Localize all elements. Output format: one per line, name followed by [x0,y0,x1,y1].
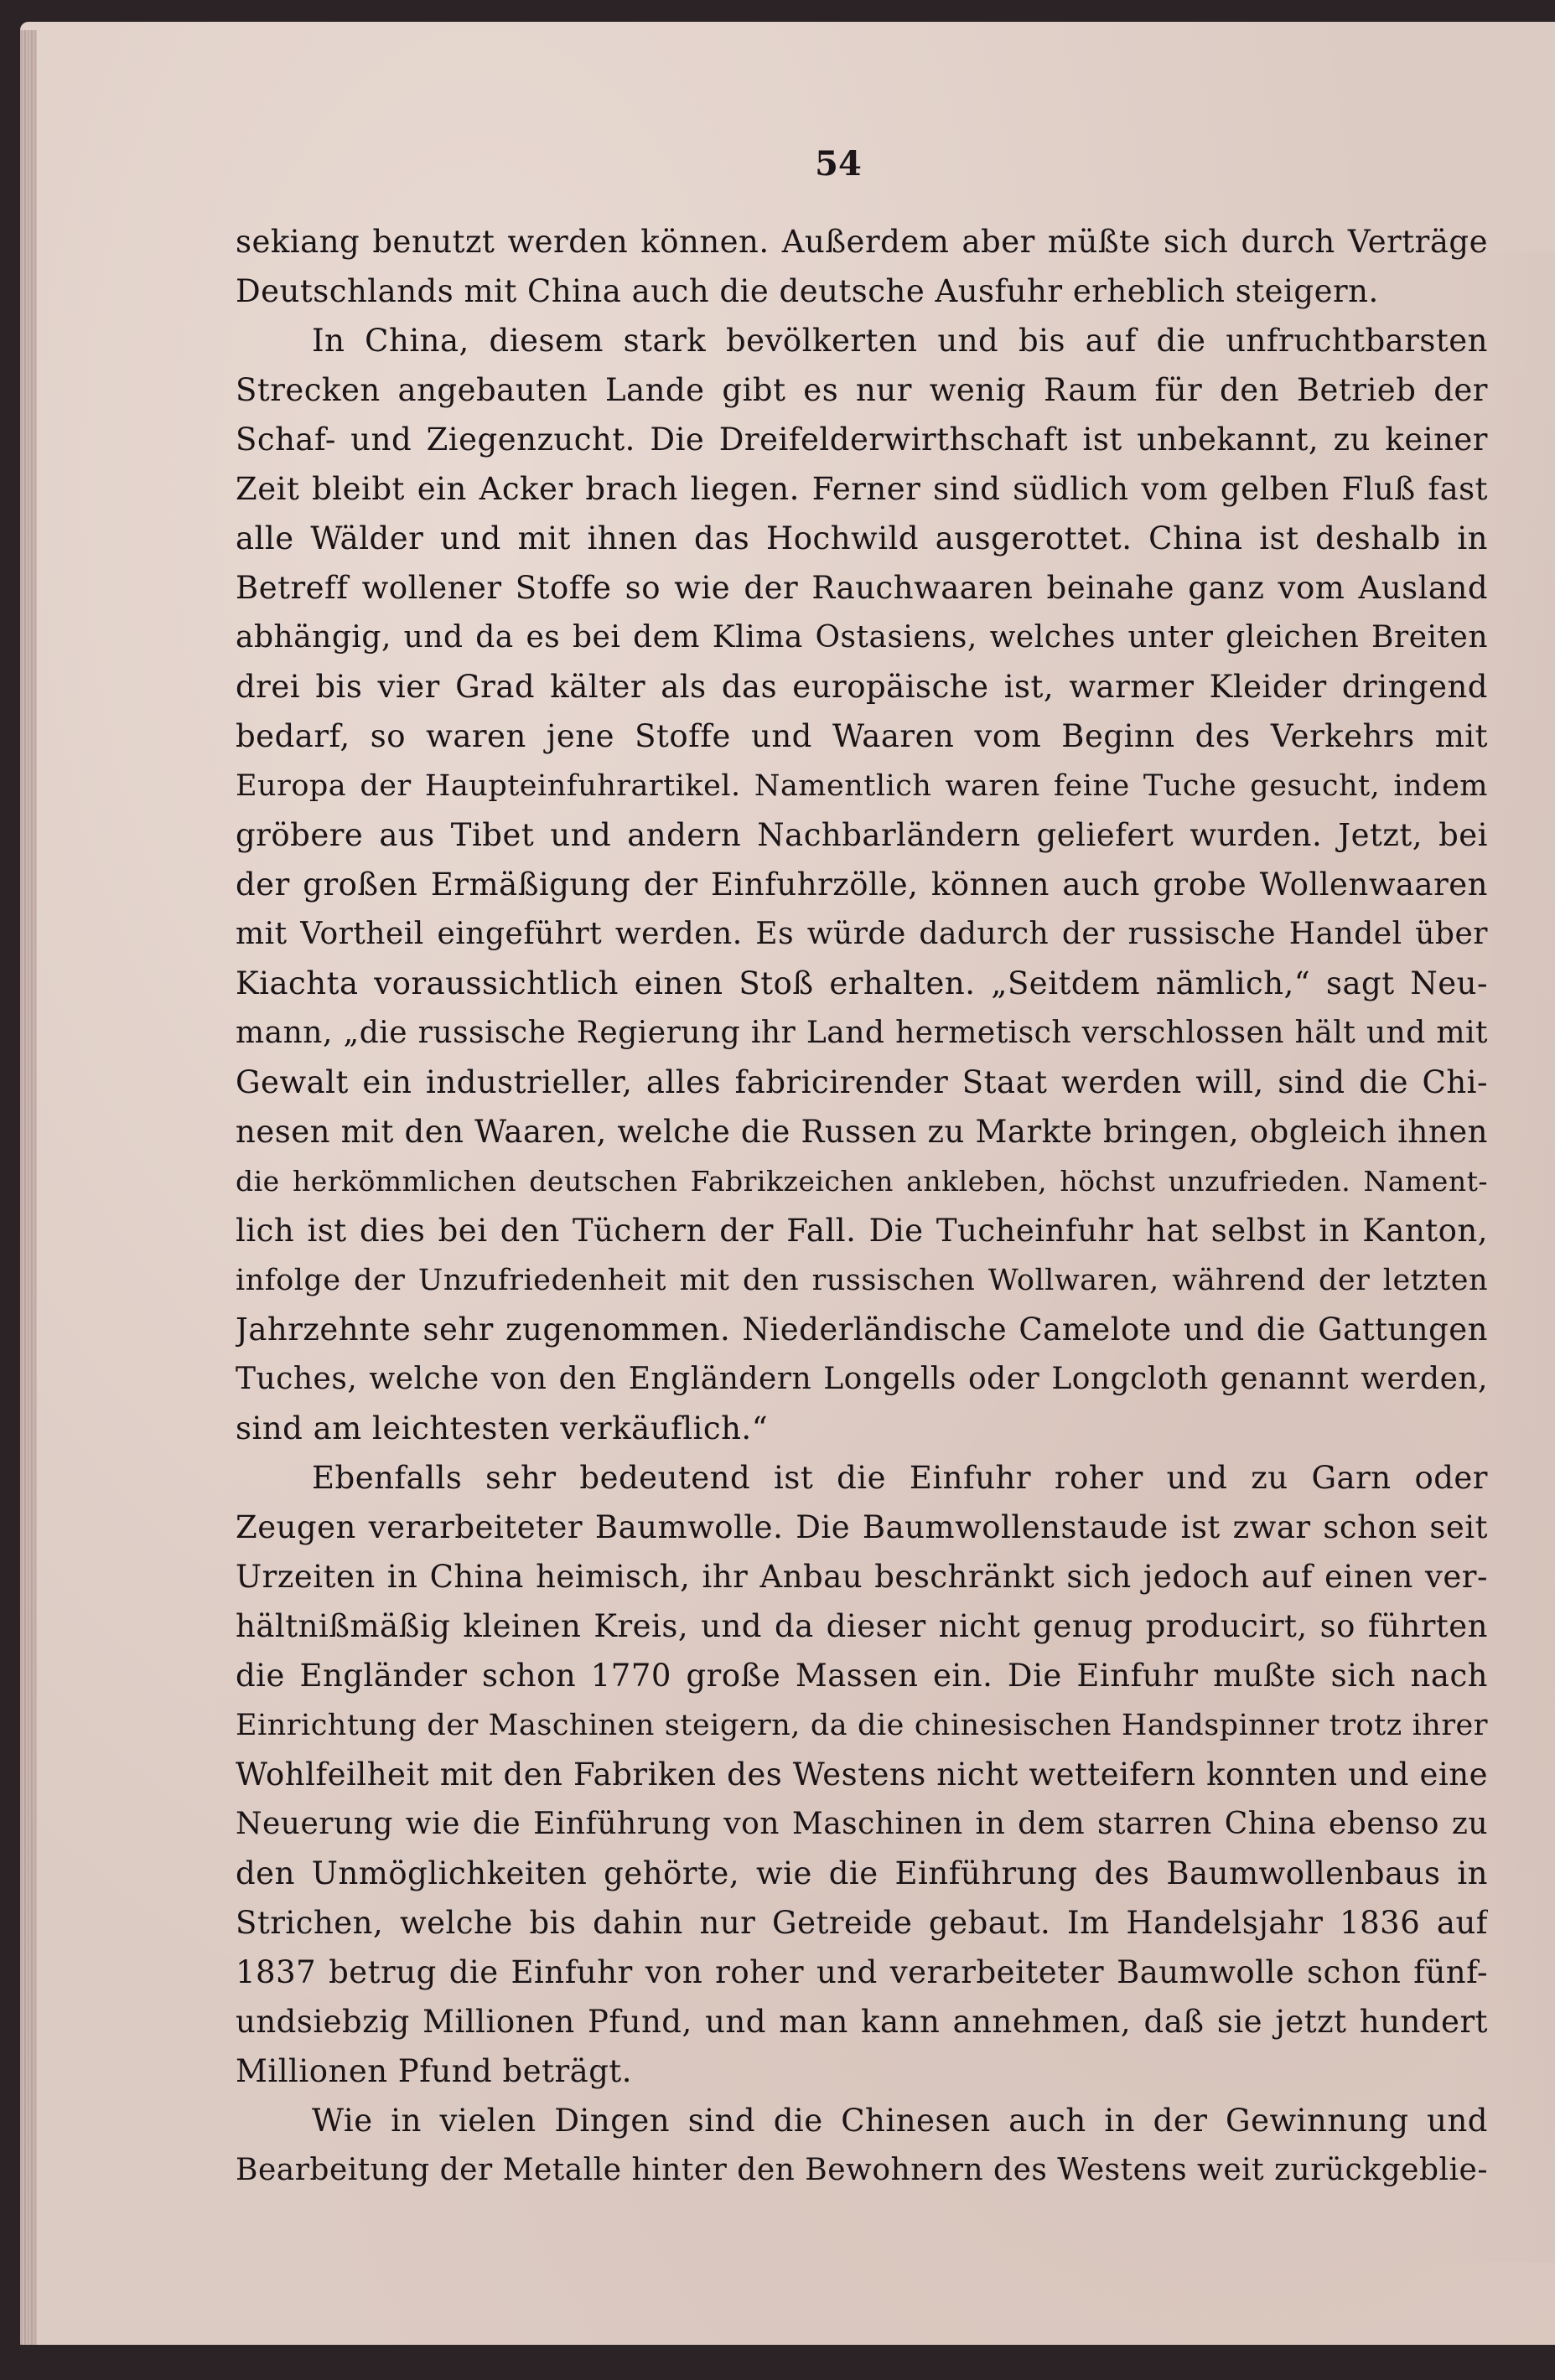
text-line: Strichen, welche bis dahin nur Getreide … [236,1904,1488,1943]
text-line: lich ist dies bei den Tüchern der Fall. … [236,1212,1488,1250]
text-line: Jahrzehnte sehr zugenommen. Niederländis… [236,1311,1488,1349]
paragraph-start-line: Ebenfalls sehr bedeutend ist die Einfuhr… [312,1459,1488,1498]
text-line: Urzeiten in China heimisch, ihr Anbau be… [236,1558,1488,1596]
text-line: Betreff wollener Stoffe so wie der Rauch… [236,569,1488,608]
text-line: gröbere aus Tibet und andern Nachbarländ… [236,816,1488,855]
text-line: der großen Ermäßigung der Einfuhrzölle, … [236,866,1488,904]
text-line: die herkömmlichen deutschen Fabrikzeiche… [236,1162,1488,1201]
text-line: drei bis vier Grad kälter als das europä… [236,668,1488,706]
text-line: abhängig, und da es bei dem Klima Ostasi… [236,618,1488,657]
text-line: Schaf- und Ziegenzucht. Die Dreifelderwi… [236,421,1488,459]
text-line: undsiebzig Millionen Pfund, und man kann… [236,2003,1488,2041]
paragraph-start-line: Wie in vielen Dingen sind die Chinesen a… [312,2102,1488,2140]
text-line: Gewalt ein industrieller, alles fabricir… [236,1063,1488,1102]
text-line: Zeit bleibt ein Acker brach liegen. Fern… [236,470,1488,509]
text-line: infolge der Unzufriedenheit mit den russ… [236,1261,1488,1300]
text-line: mit Vortheil eingeführt werden. Es würde… [236,915,1488,954]
text-line: Tuches, welche von den Engländern Longel… [236,1360,1488,1399]
text-line: Deutschlands mit China auch die deutsche… [236,272,1488,311]
text-line: 1837 betrug die Einfuhr von roher und ve… [236,1953,1488,1992]
text-line: den Unmöglichkeiten gehörte, wie die Ein… [236,1855,1488,1893]
text-line: Zeugen verarbeiteter Baumwolle. Die Baum… [236,1508,1488,1547]
text-line: Strecken angebauten Lande gibt es nur we… [236,371,1488,410]
text-line: nesen mit den Waaren, welche die Russen … [236,1113,1488,1151]
text-line: Einrichtung der Maschinen steigern, da d… [236,1706,1488,1745]
text-line: alle Wälder und mit ihnen das Hochwild a… [236,520,1488,558]
text-line: Europa der Haupteinfuhrartikel. Namentli… [236,767,1488,805]
text-line: Millionen Pfund beträgt. [236,2052,1488,2091]
text-line: sekiang benutzt werden können. Außerdem … [236,223,1488,261]
paragraph-start-line: In China, diesem stark bevölkerten und b… [312,322,1488,360]
text-line: die Engländer schon 1770 große Massen ei… [236,1657,1488,1695]
text-line: Bearbeitung der Metalle hinter den Bewoh… [236,2151,1488,2190]
page-edge-stack [20,30,37,2345]
page-number: 54 [805,144,872,184]
text-line: Kiachta voraussichtlich einen Stoß erhal… [236,965,1488,1003]
text-line: bedarf, so waren jene Stoffe und Waaren … [236,717,1488,756]
text-line: mann, „die russische Regierung ihr Land … [236,1014,1488,1053]
text-line: hältnißmäßig kleinen Kreis, und da diese… [236,1607,1488,1646]
text-line: Wohlfeilheit mit den Fabriken des Westen… [236,1756,1488,1794]
text-line: Neuerung wie die Einführung von Maschine… [236,1805,1488,1844]
text-line: sind am leichtesten verkäuflich.“ [236,1410,1488,1448]
